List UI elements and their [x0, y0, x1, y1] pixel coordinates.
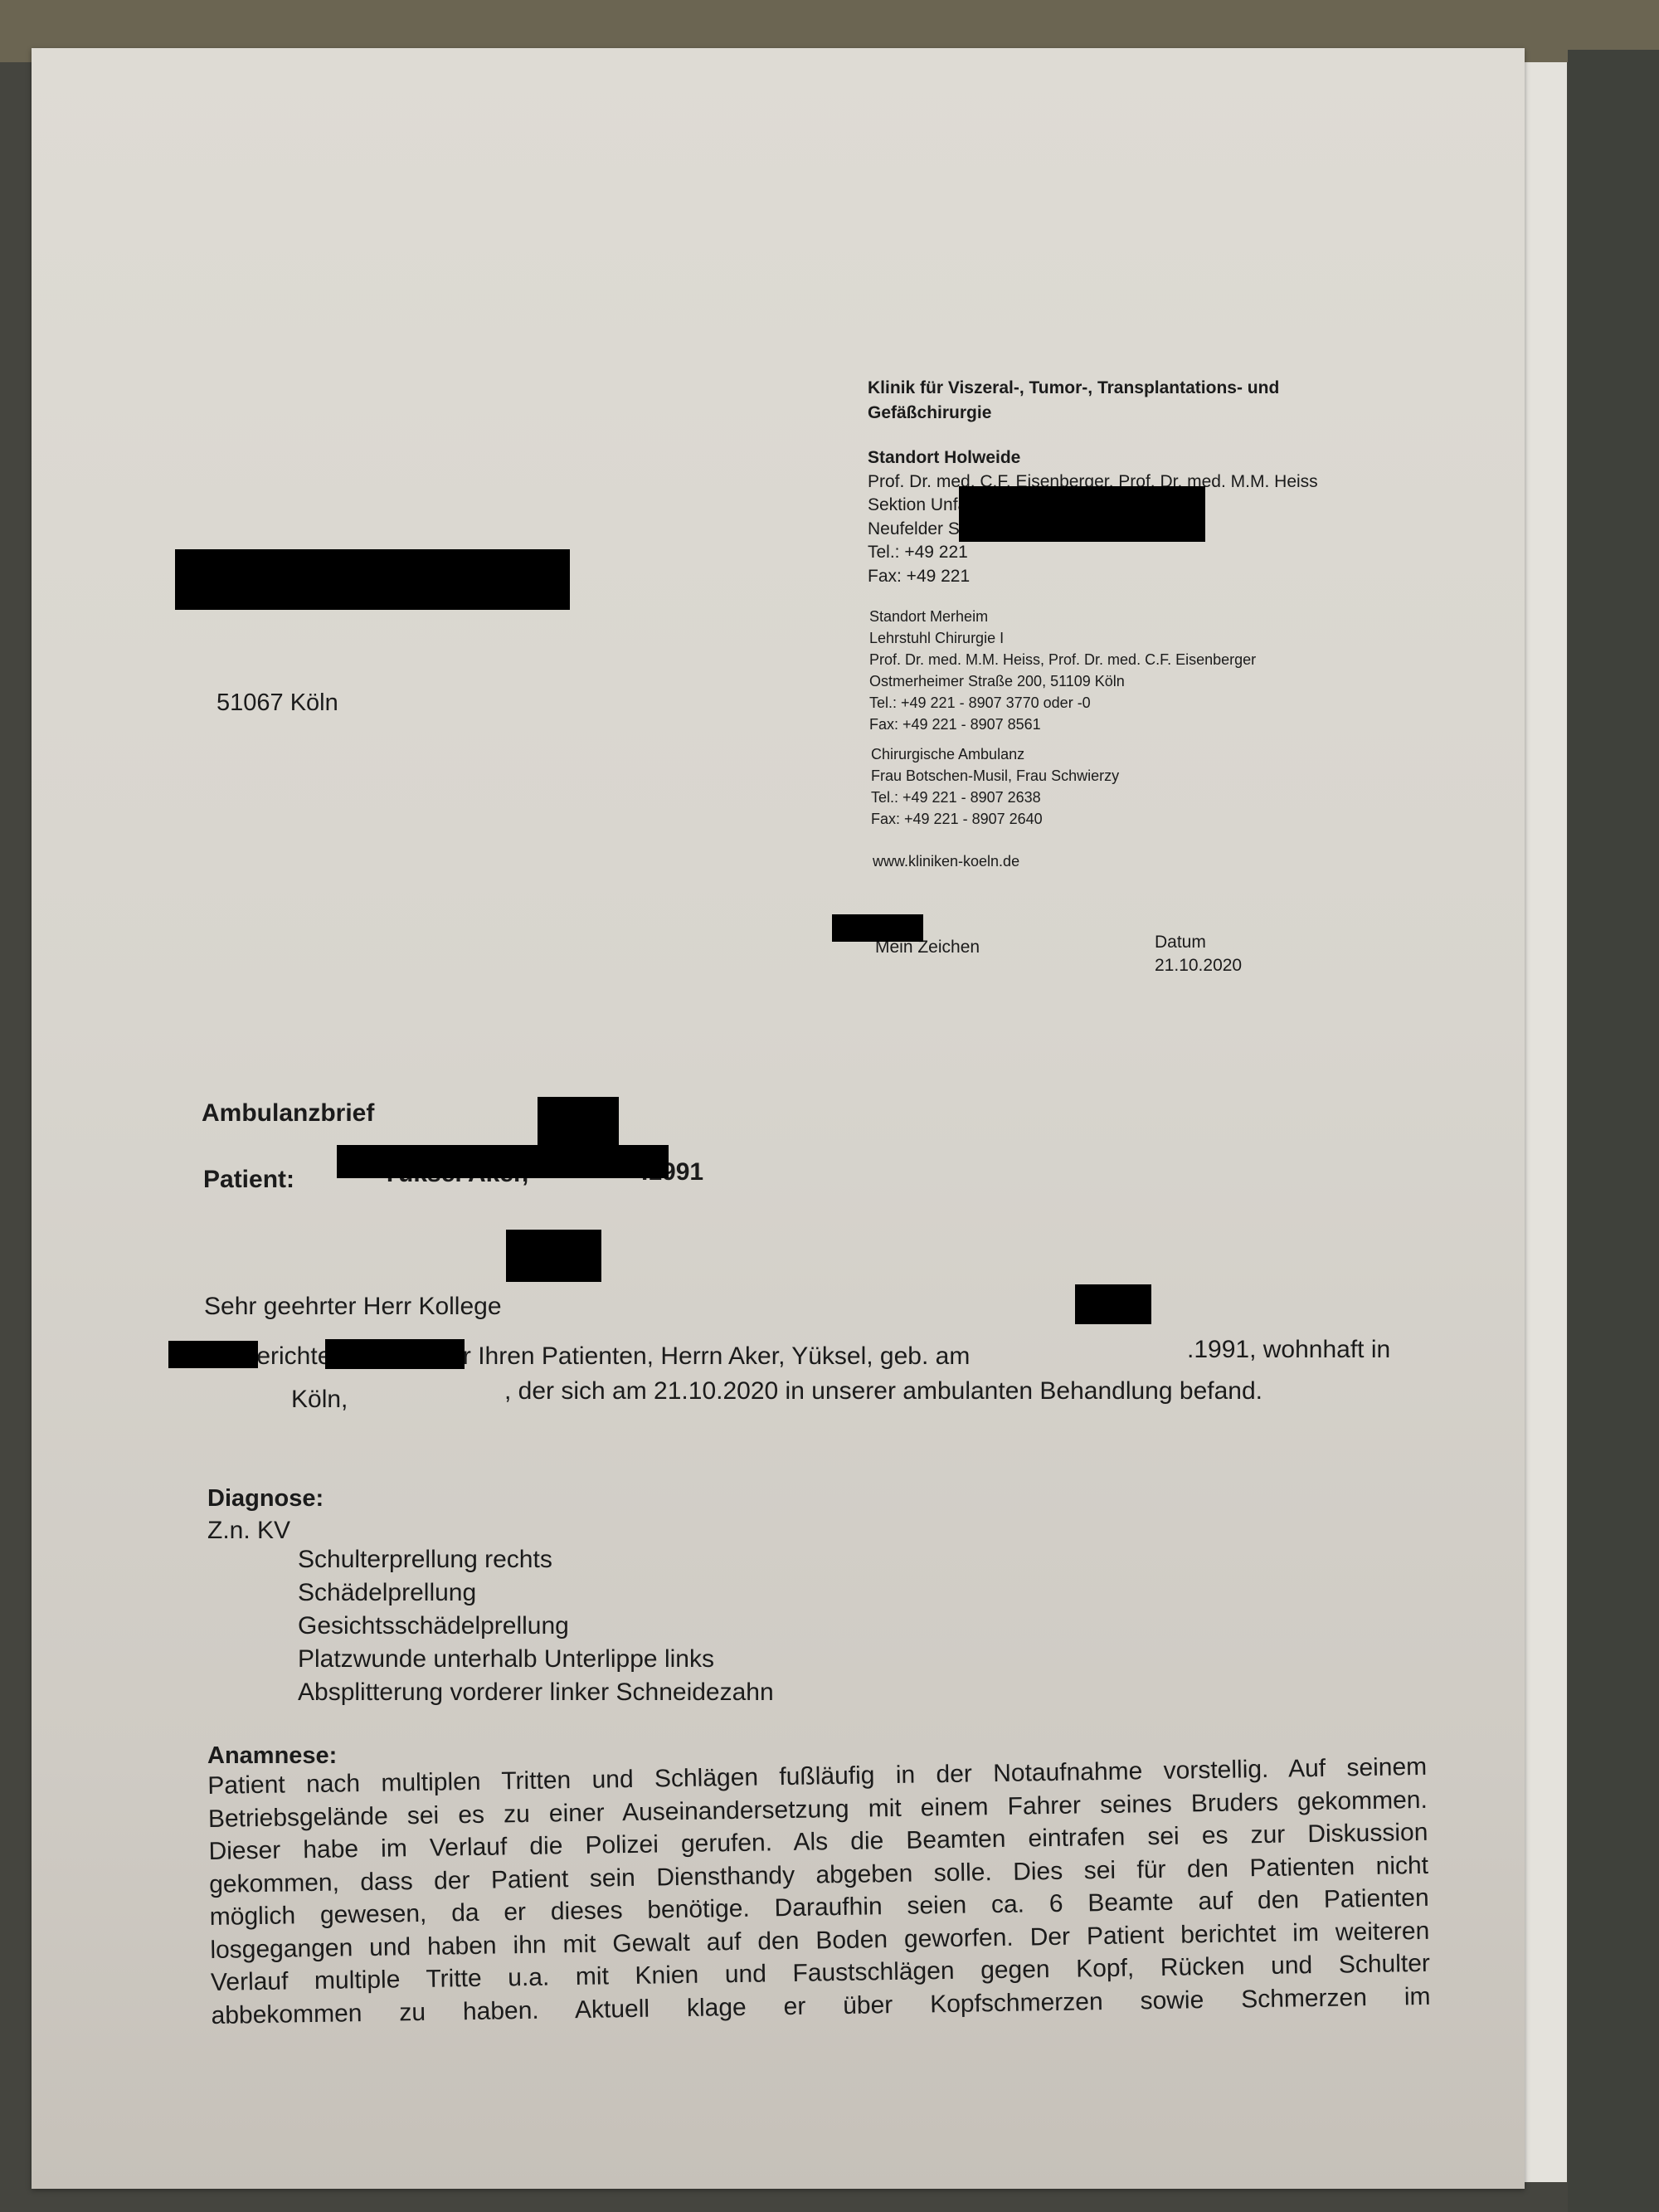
- diagnosis-list: Schulterprellung rechts Schädelprellung …: [298, 1543, 774, 1709]
- datum-value: 21.10.2020: [1155, 956, 1242, 976]
- merheim-line: Fax: +49 221 - 8907 8561: [869, 714, 1256, 735]
- redaction-intro-street: [168, 1341, 258, 1368]
- merheim-line: Prof. Dr. med. M.M. Heiss, Prof. Dr. med…: [869, 649, 1256, 670]
- intro-line-1-end: .1991, wohnhaft in: [1187, 1336, 1390, 1364]
- clinic-name-line: Klinik für Viszeral-, Tumor-, Transplant…: [868, 376, 1279, 401]
- patient-label: Patient:: [203, 1166, 294, 1194]
- anamnesis-heading: Anamnese:: [207, 1742, 337, 1770]
- merheim-line: Standort Merheim: [869, 606, 1256, 627]
- intro-line-1: wir berichten Ihnen über Ihren Patienten…: [204, 1342, 970, 1371]
- website-link[interactable]: www.kliniken-koeln.de: [873, 853, 1019, 870]
- diagnosis-item: Gesichtsschädelprellung: [298, 1610, 774, 1643]
- merheim-line: Ostmerheimer Straße 200, 51109 Köln: [869, 670, 1256, 692]
- second-sheet: [1518, 62, 1567, 2182]
- diagnosis-item: Absplitterung vorderer linker Schneideza…: [298, 1676, 774, 1709]
- intro-line-2: , der sich am 21.10.2020 in unserer ambu…: [504, 1377, 1262, 1406]
- diagnosis-heading: Diagnose:: [207, 1485, 324, 1513]
- ambulanz-line: Frau Botschen-Musil, Frau Schwierzy: [871, 765, 1119, 787]
- letter-page: Klinik für Viszeral-, Tumor-, Transplant…: [32, 48, 1525, 2189]
- ambulanz-line: Tel.: +49 221 - 8907 2638: [871, 787, 1119, 808]
- diagnosis-item: Schädelprellung: [298, 1576, 774, 1610]
- clinic-name: Klinik für Viszeral-, Tumor-, Transplant…: [868, 376, 1279, 426]
- redaction-mein-zeichen: [832, 914, 923, 942]
- salutation-text: Sehr geehrter Herr Kollege: [204, 1293, 502, 1320]
- redaction-patient-address: [337, 1145, 669, 1178]
- holweide-phone: Tel.: +49 221: [868, 541, 1318, 565]
- clinic-name-line: Gefäßchirurgie: [868, 401, 1279, 426]
- holweide-title: Standort Holweide: [868, 446, 1318, 470]
- diagnosis-item: Platzwunde unterhalb Unterlippe links: [298, 1643, 774, 1676]
- datum-label: Datum: [1155, 933, 1206, 953]
- diagnosis-item: Schulterprellung rechts: [298, 1543, 774, 1576]
- ambulanz-block: Chirurgische Ambulanz Frau Botschen-Musi…: [871, 743, 1119, 830]
- document-title: Ambulanzbrief: [202, 1099, 374, 1128]
- redaction-intro-address: [325, 1339, 465, 1369]
- salutation: Sehr geehrter Herr Kollege: [204, 1293, 502, 1321]
- intro-city: Köln,: [291, 1386, 348, 1414]
- merheim-line: Tel.: +49 221 - 8907 3770 oder -0: [869, 692, 1256, 714]
- anamnesis-body: Patient nach multiplen Tritten und Schlä…: [207, 1751, 1431, 2032]
- redaction-intro-birthdate: [1075, 1284, 1151, 1324]
- recipient-city: 51067 Köln: [216, 689, 338, 717]
- table-surface-right: [1568, 50, 1659, 2212]
- redaction-recipient-name: [175, 549, 570, 610]
- diagnosis-main: Z.n. KV: [207, 1517, 290, 1545]
- redaction-colleague-name: [506, 1230, 601, 1282]
- holweide-fax: Fax: +49 221: [868, 565, 1318, 589]
- ambulanz-line: Chirurgische Ambulanz: [871, 743, 1119, 765]
- merheim-block: Standort Merheim Lehrstuhl Chirurgie I P…: [869, 606, 1256, 735]
- redaction-holweide-phone: [959, 486, 1205, 542]
- ambulanz-line: Fax: +49 221 - 8907 2640: [871, 808, 1119, 830]
- merheim-line: Lehrstuhl Chirurgie I: [869, 627, 1256, 649]
